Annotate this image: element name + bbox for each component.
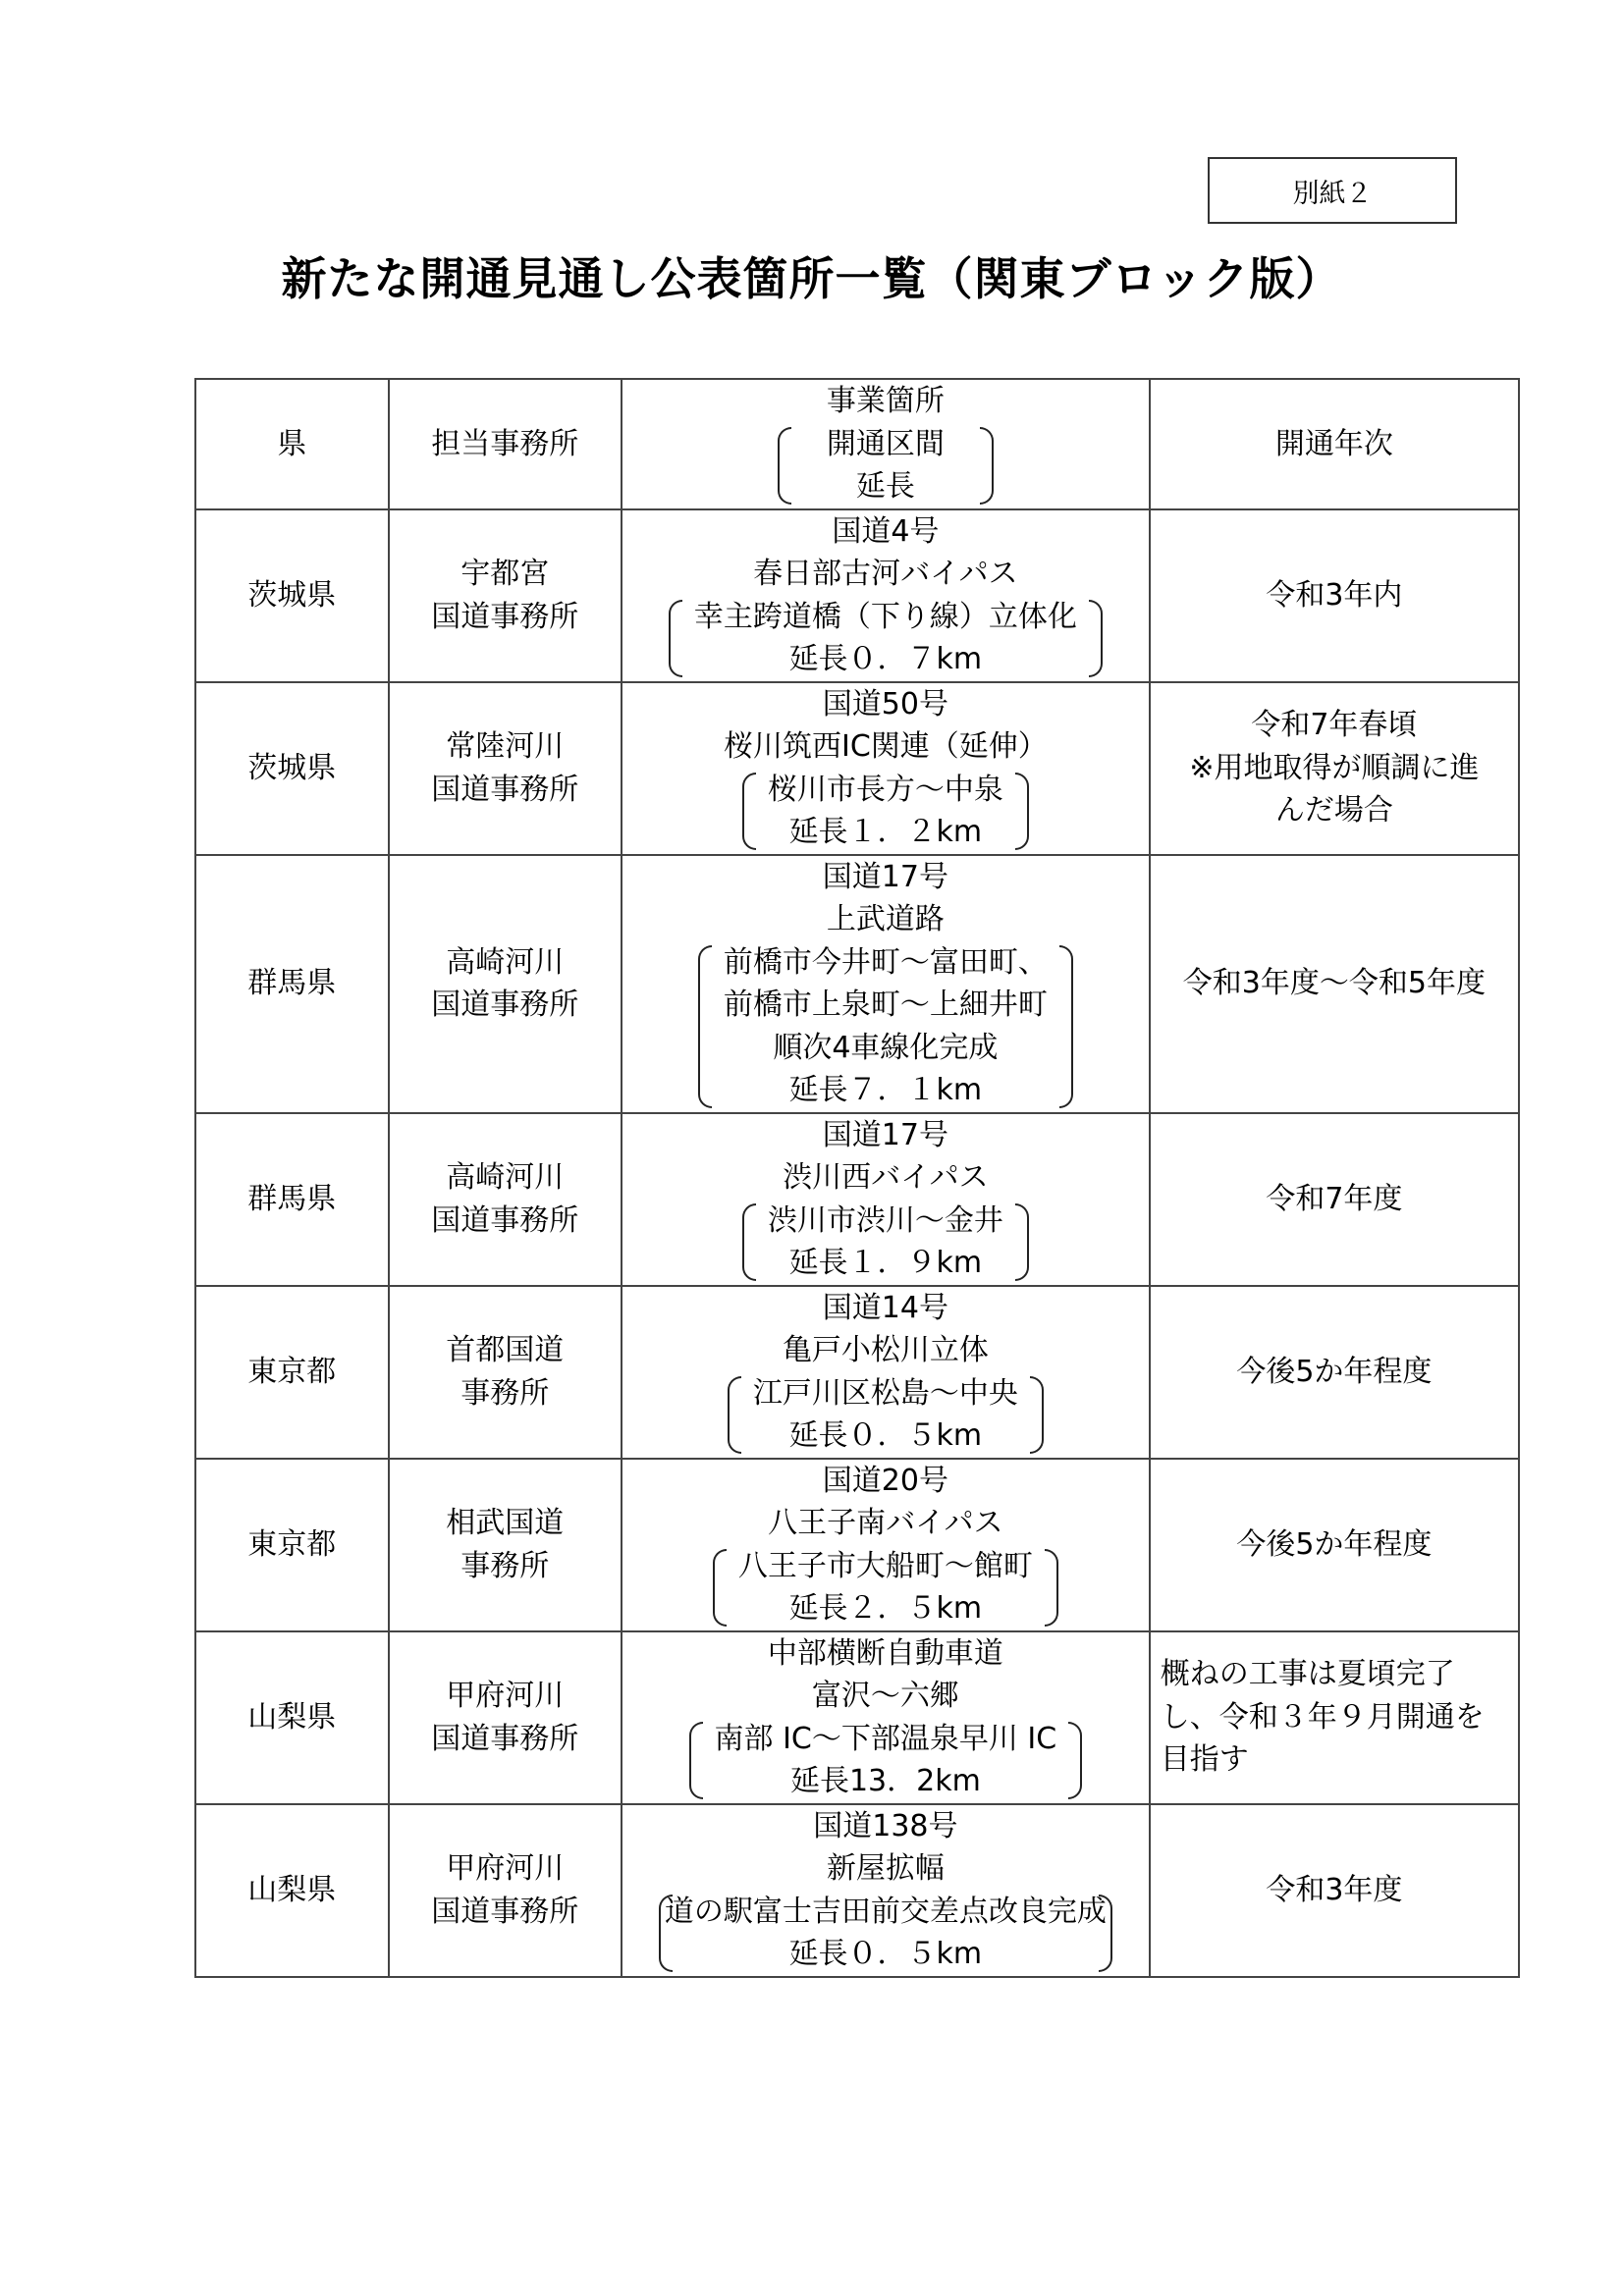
prefecture-cell: 山梨県 xyxy=(195,1631,389,1804)
table-row: 茨城県 常陸河川国道事務所 国道50号桜川筑西IC関連（延伸）桜川市長方～中泉延… xyxy=(195,682,1519,855)
project-line: 国道14号 xyxy=(823,1287,948,1330)
section-line: 延長０．７km xyxy=(789,638,983,681)
opening-cell: 令和3年内 xyxy=(1150,509,1519,682)
header-project-line: 延長 xyxy=(856,465,915,508)
section-line: 幸主跨道橋（下り線）立体化 xyxy=(694,596,1077,639)
header-project-line: 開通区間 xyxy=(827,423,945,466)
section-bracket: 桜川市長方～中泉延長１．２km xyxy=(742,769,1029,854)
section-bracket: 道の駅富士吉田前交差点改良完成延長０．５km xyxy=(659,1891,1112,1976)
office-line: 甲府河川 xyxy=(446,1675,564,1718)
project-cell: 国道20号八王子南バイパス八王子市大船町～館町延長２．５km xyxy=(622,1459,1150,1631)
table-row: 東京都 首都国道事務所 国道14号亀戸小松川立体江戸川区松島～中央延長０．５km… xyxy=(195,1286,1519,1459)
office-line: 事務所 xyxy=(460,1545,549,1588)
office-line: 国道事務所 xyxy=(431,984,578,1027)
office-line: 国道事務所 xyxy=(431,1200,578,1243)
opening-line: 概ねの工事は夏頃完了 xyxy=(1161,1653,1455,1696)
office-cell: 高崎河川国道事務所 xyxy=(389,855,622,1113)
project-cell: 国道14号亀戸小松川立体江戸川区松島～中央延長０．５km xyxy=(622,1286,1150,1459)
section-line: 前橋市上泉町～上細井町 xyxy=(724,984,1048,1027)
project-line: 八王子南バイパス xyxy=(768,1502,1002,1545)
office-line: 常陸河川 xyxy=(446,725,564,769)
section-line: 延長１．２km xyxy=(789,811,983,854)
office-cell: 首都国道事務所 xyxy=(389,1286,622,1459)
office-line: 事務所 xyxy=(460,1372,549,1415)
office-cell: 相武国道事務所 xyxy=(389,1459,622,1631)
attachment-label-text: 別紙２ xyxy=(1293,172,1373,210)
office-line: 国道事務所 xyxy=(431,769,578,812)
opening-cell: 今後5か年程度 xyxy=(1150,1459,1519,1631)
project-cell: 中部横断自動車道富沢～六郷南部 IC～下部温泉早川 IC延長13．2km xyxy=(622,1631,1150,1804)
section-line: 桜川市長方～中泉 xyxy=(768,769,1003,812)
project-line: 亀戸小松川立体 xyxy=(783,1329,989,1372)
prefecture-cell: 山梨県 xyxy=(195,1804,389,1977)
opening-cell: 令和7年度 xyxy=(1150,1113,1519,1286)
office-line: 国道事務所 xyxy=(431,596,578,639)
section-line: 南部 IC～下部温泉早川 IC xyxy=(715,1718,1057,1761)
table-header-row: 県 担当事務所 事業箇所 開通区間 延長 開通年次 xyxy=(195,379,1519,509)
section-line: 順次4車線化完成 xyxy=(773,1027,998,1070)
opening-line: ※用地取得が順調に進 xyxy=(1189,747,1479,790)
opening-line: 今後5か年程度 xyxy=(1236,1523,1432,1567)
opening-line: 令和7年度 xyxy=(1266,1178,1402,1221)
prefecture-cell: 東京都 xyxy=(195,1286,389,1459)
section-bracket: 幸主跨道橋（下り線）立体化延長０．７km xyxy=(669,596,1103,681)
prefecture-cell: 茨城県 xyxy=(195,509,389,682)
project-line: 春日部古河バイパス xyxy=(753,553,1017,596)
office-cell: 常陸河川国道事務所 xyxy=(389,682,622,855)
project-line: 中部横断自動車道 xyxy=(768,1632,1003,1676)
office-cell: 甲府河川国道事務所 xyxy=(389,1804,622,1977)
opening-line: 令和3年度～令和5年度 xyxy=(1183,962,1486,1005)
opening-cell: 令和7年春頃※用地取得が順調に進んだ場合 xyxy=(1150,682,1519,855)
prefecture-cell: 東京都 xyxy=(195,1459,389,1631)
section-line: 延長０．５km xyxy=(789,1415,983,1458)
table-row: 群馬県 高崎河川国道事務所 国道17号渋川西バイパス渋川市渋川～金井延長１．９k… xyxy=(195,1113,1519,1286)
section-bracket: 江戸川区松島～中央延長０．５km xyxy=(728,1372,1044,1458)
project-line: 富沢～六郷 xyxy=(812,1675,959,1718)
opening-line: んだ場合 xyxy=(1275,789,1393,832)
table-row: 山梨県 甲府河川国道事務所 中部横断自動車道富沢～六郷南部 IC～下部温泉早川 … xyxy=(195,1631,1519,1804)
opening-line: 令和7年春頃 xyxy=(1251,704,1417,747)
opening-line: し、令和３年９月開通を xyxy=(1161,1696,1485,1739)
section-line: 前橋市今井町～富田町、 xyxy=(724,941,1048,985)
header-opening: 開通年次 xyxy=(1150,379,1519,509)
office-cell: 甲府河川国道事務所 xyxy=(389,1631,622,1804)
section-line: 延長７．１km xyxy=(789,1069,983,1112)
project-line: 国道17号 xyxy=(823,856,948,899)
section-line: 延長13．2km xyxy=(790,1760,981,1803)
header-project: 事業箇所 開通区間 延長 xyxy=(622,379,1150,509)
section-line: 渋川市渋川～金井 xyxy=(768,1200,1003,1243)
section-line: 延長２．５km xyxy=(789,1587,983,1630)
office-line: 高崎河川 xyxy=(446,1156,564,1200)
section-line: 延長１．９km xyxy=(789,1242,983,1285)
project-line: 国道50号 xyxy=(823,683,948,726)
prefecture-cell: 群馬県 xyxy=(195,855,389,1113)
project-cell: 国道4号春日部古河バイパス幸主跨道橋（下り線）立体化延長０．７km xyxy=(622,509,1150,682)
office-cell: 宇都宮国道事務所 xyxy=(389,509,622,682)
opening-line: 目指す xyxy=(1161,1738,1249,1782)
project-line: 国道20号 xyxy=(823,1460,948,1503)
project-line: 国道17号 xyxy=(823,1114,948,1157)
project-line: 桜川筑西IC関連（延伸） xyxy=(724,725,1048,769)
office-line: 国道事務所 xyxy=(431,1891,578,1934)
project-line: 上武道路 xyxy=(827,898,945,941)
prefecture-cell: 群馬県 xyxy=(195,1113,389,1286)
section-line: 道の駅富士吉田前交差点改良完成 xyxy=(665,1891,1107,1934)
project-line: 渋川西バイパス xyxy=(783,1156,988,1200)
opening-cell: 令和3年度～令和5年度 xyxy=(1150,855,1519,1113)
opening-line: 今後5か年程度 xyxy=(1236,1351,1432,1394)
project-line: 新屋拡幅 xyxy=(827,1847,945,1891)
project-cell: 国道17号渋川西バイパス渋川市渋川～金井延長１．９km xyxy=(622,1113,1150,1286)
section-bracket: 前橋市今井町～富田町、前橋市上泉町～上細井町順次4車線化完成延長７．１km xyxy=(698,941,1073,1112)
section-bracket: 南部 IC～下部温泉早川 IC延長13．2km xyxy=(689,1718,1083,1803)
attachment-label: 別紙２ xyxy=(1208,157,1457,224)
section-line: 江戸川区松島～中央 xyxy=(753,1372,1018,1415)
office-line: 高崎河川 xyxy=(446,941,564,985)
opening-line: 令和3年内 xyxy=(1266,574,1402,617)
header-office: 担当事務所 xyxy=(389,379,622,509)
office-line: 国道事務所 xyxy=(431,1718,578,1761)
table-row: 山梨県 甲府河川国道事務所 国道138号新屋拡幅道の駅富士吉田前交差点改良完成延… xyxy=(195,1804,1519,1977)
project-cell: 国道138号新屋拡幅道の駅富士吉田前交差点改良完成延長０．５km xyxy=(622,1804,1150,1977)
project-line: 国道4号 xyxy=(832,510,939,554)
header-bracket: 開通区間 延長 xyxy=(778,423,994,508)
opening-cell: 令和3年度 xyxy=(1150,1804,1519,1977)
opening-line: 令和3年度 xyxy=(1266,1869,1402,1912)
table-row: 東京都 相武国道事務所 国道20号八王子南バイパス八王子市大船町～館町延長２．５… xyxy=(195,1459,1519,1631)
opening-schedule-table: 県 担当事務所 事業箇所 開通区間 延長 開通年次 茨城県 宇都宮国道事務所 国… xyxy=(194,378,1520,1978)
table-row: 茨城県 宇都宮国道事務所 国道4号春日部古河バイパス幸主跨道橋（下り線）立体化延… xyxy=(195,509,1519,682)
opening-cell: 今後5か年程度 xyxy=(1150,1286,1519,1459)
office-line: 甲府河川 xyxy=(446,1847,564,1891)
project-line: 国道138号 xyxy=(813,1805,957,1848)
header-project-line: 事業箇所 xyxy=(827,380,945,423)
section-line: 延長０．５km xyxy=(789,1933,983,1976)
prefecture-cell: 茨城県 xyxy=(195,682,389,855)
header-prefecture: 県 xyxy=(195,379,389,509)
office-line: 相武国道 xyxy=(446,1502,564,1545)
office-line: 宇都宮 xyxy=(460,553,549,596)
table-row: 群馬県 高崎河川国道事務所 国道17号上武道路前橋市今井町～富田町、前橋市上泉町… xyxy=(195,855,1519,1113)
project-cell: 国道17号上武道路前橋市今井町～富田町、前橋市上泉町～上細井町順次4車線化完成延… xyxy=(622,855,1150,1113)
opening-cell: 概ねの工事は夏頃完了し、令和３年９月開通を目指す xyxy=(1150,1631,1519,1804)
project-cell: 国道50号桜川筑西IC関連（延伸）桜川市長方～中泉延長１．２km xyxy=(622,682,1150,855)
section-bracket: 八王子市大船町～館町延長２．５km xyxy=(713,1545,1058,1630)
office-cell: 高崎河川国道事務所 xyxy=(389,1113,622,1286)
page-title: 新たな開通見通し公表箇所一覧（関東ブロック版） xyxy=(0,243,1623,308)
section-bracket: 渋川市渋川～金井延長１．９km xyxy=(742,1200,1029,1285)
section-line: 八王子市大船町～館町 xyxy=(738,1545,1033,1588)
office-line: 首都国道 xyxy=(446,1329,564,1372)
